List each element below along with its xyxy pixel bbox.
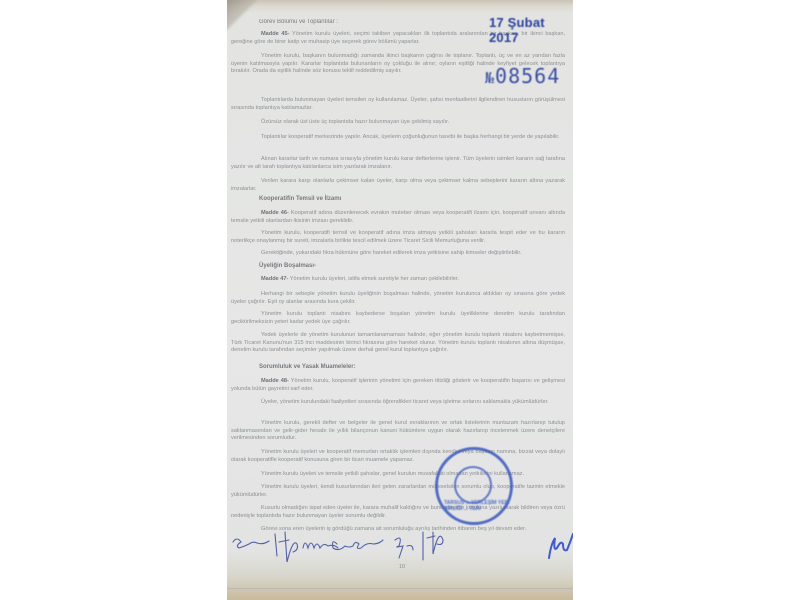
official-seal: TARSUS ... YERLEŞİM YERİ BİRLİĞİ ... TER… (435, 447, 513, 525)
paragraph: Yönetim kurulu toplantı nisabını kaybede… (231, 311, 565, 326)
signature-4 (333, 540, 384, 550)
registry-number-stamp: №08564 (485, 64, 560, 88)
paragraph: Toplantılar kooperatif merkezinde yapılı… (231, 134, 565, 142)
paragraph: Yönetim kurulu üyeleri, kendi kusurların… (231, 484, 565, 499)
paragraph: Yönetim kurulu, gerekli defter ve belgel… (231, 420, 565, 443)
paragraph: Verilen karara karşı olanlarla çekimser … (231, 178, 565, 193)
section-title-temsil: Kooperatifin Temsil ve İlzamı (259, 196, 341, 204)
paragraph: Alınan kararlar tarih ve numara sırasıyl… (231, 156, 565, 171)
document-photo: Görev Bölümü ve Toplantılar : Madde 45- … (227, 0, 573, 600)
paragraph-madde-47: Madde 47- Yönetim kurulu üyeleri, istifa… (231, 276, 565, 284)
signature-5 (395, 538, 413, 558)
paragraph: Yönetim kurulu üyeleri ve kooperatif mem… (231, 449, 565, 464)
signature-1 (233, 539, 269, 548)
seal-text: TARSUS ... YERLEŞİM YERİ BİRLİĞİ ... TER… (444, 500, 514, 512)
paragraph: Yönetim kurulu, kooperatifi temsil ve ko… (231, 230, 565, 245)
registry-number: 08564 (495, 64, 560, 88)
paragraph: Toplantılarda bulunmayan üyeleri temsile… (231, 97, 565, 112)
section-title: Görev Bölümü ve Toplantılar : (259, 19, 338, 27)
seal-inner-ring (454, 466, 492, 504)
article-label: Madde 46- (261, 210, 289, 216)
paragraph: Herhangi bir sebeple yönetim kurulu üyel… (231, 291, 565, 306)
number-sign-icon: № (485, 69, 495, 87)
signature-7 (549, 534, 573, 558)
page-bottom-edge (227, 588, 573, 589)
paragraph: Özürsüz olarak üst üste üç toplantıda ha… (231, 119, 565, 127)
paragraph: Gerektiğinde, yukarıdaki fıkra hükmüne g… (231, 250, 565, 258)
paragraph: Yönetim kurulu üyeleri ve temsile yetkil… (231, 471, 565, 479)
section-title-sorumluluk: Sorumluluk ve Yasak Muameleler: (259, 364, 356, 372)
paragraph: Üyeler, yönetim kurulundaki faaliyetleri… (231, 399, 565, 407)
document-page: Görev Bölümü ve Toplantılar : Madde 45- … (231, 6, 571, 591)
paragraph-madde-48: Madde 48- Yönetim kurulu, kooperatif işl… (231, 378, 565, 393)
signature-6 (423, 532, 443, 560)
article-label: Madde 47- (261, 276, 288, 282)
article-label: Madde 48- (261, 378, 289, 384)
paragraph: Kusurlu olmadığını ispat eden üyeler ile… (231, 505, 565, 520)
date-stamp: 17 Şubat 2017 (489, 15, 573, 45)
paragraph: Yedek üyelerle de yönetim kurulunun tama… (231, 332, 565, 355)
signature-2 (275, 532, 298, 562)
signatures (227, 528, 573, 578)
article-label: Madde 45- (261, 31, 289, 37)
section-title-uyelik: Üyeliğin Boşalması- (259, 263, 316, 271)
paragraph-madde-46: Madde 46- Kooperatif adına düzenlenecek … (231, 210, 565, 225)
